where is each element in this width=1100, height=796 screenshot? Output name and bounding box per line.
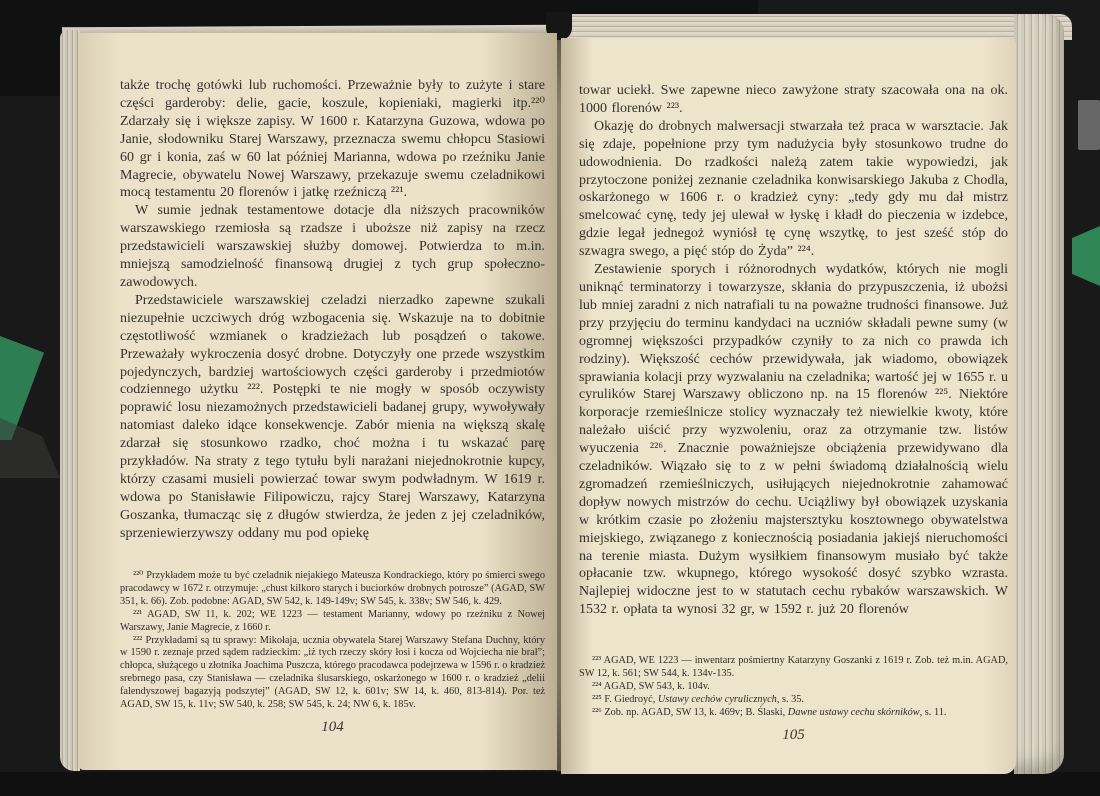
footnote-text: ²²⁵ F. Giedroyć, xyxy=(592,694,658,705)
footnote-text: ²²⁶ Zob. np. AGAD, SW 13, k. 469v; B. Śl… xyxy=(592,707,788,718)
footnote-226: ²²⁶ Zob. np. AGAD, SW 13, k. 469v; B. Śl… xyxy=(579,707,1008,720)
left-page: także trochę gotówki lub ruchomości. Prz… xyxy=(78,33,557,770)
paragraph: Przedstawiciele warszawskiej czeladzi ni… xyxy=(120,292,545,543)
page-edges-right xyxy=(1014,14,1064,774)
footnote-224: ²²⁴ AGAD, SW 543, k. 104v. xyxy=(579,681,1008,694)
paragraph: towar uciekł. Swe zapewne nieco zawyżone… xyxy=(579,82,1008,118)
footnote-220: ²²⁰ Przykładem może tu być czeladnik nie… xyxy=(120,570,545,609)
footnotes: ²²⁰ Przykładem może tu być czeladnik nie… xyxy=(120,562,545,712)
cover-corner-left xyxy=(0,418,60,478)
paragraph: także trochę gotówki lub ruchomości. Prz… xyxy=(120,77,545,202)
footnote-221: ²²¹ AGAD, SW 11, k. 202; WE 1223 — testa… xyxy=(120,609,545,635)
paragraph: Zestawienie sporych i różnorodnych wydat… xyxy=(579,261,1008,619)
right-page-content: towar uciekł. Swe zapewne nieco zawyżone… xyxy=(561,38,1016,774)
background-object-gray xyxy=(1078,100,1100,150)
background-shadow-bottom xyxy=(0,772,1100,796)
paragraph: Okazję do drobnych malwersacji stwarzała… xyxy=(579,118,1008,261)
footnote-text: , s. 35. xyxy=(777,694,804,705)
page-edges-top xyxy=(560,14,1072,40)
right-page: towar uciekł. Swe zapewne nieco zawyżone… xyxy=(561,38,1016,774)
page-number: 105 xyxy=(579,727,1008,744)
page-edges-left xyxy=(60,30,80,771)
green-cover-edge-right xyxy=(1072,226,1100,286)
footnote-223: ²²³ AGAD, WE 1223 — inwentarz pośmiertny… xyxy=(579,655,1008,681)
footnote-title-italic: Ustawy cechów cyrulicznych xyxy=(658,694,777,705)
photo-background: także trochę gotówki lub ruchomości. Prz… xyxy=(0,0,1100,796)
footnotes: ²²³ AGAD, WE 1223 — inwentarz pośmiertny… xyxy=(579,647,1008,720)
paragraph: W sumie jednak testamentowe dotacje dla … xyxy=(120,202,545,292)
footnote-text: , s. 11. xyxy=(920,707,947,718)
left-page-content: także trochę gotówki lub ruchomości. Prz… xyxy=(78,33,557,770)
footnote-title-italic: Dawne ustawy cechu skórników xyxy=(788,707,920,718)
page-number: 104 xyxy=(120,719,545,736)
footnote-225: ²²⁵ F. Giedroyć, Ustawy cechów cyruliczn… xyxy=(579,694,1008,707)
footnote-222: ²²² Przykładami są tu sprawy: Mikołaja, … xyxy=(120,635,545,712)
